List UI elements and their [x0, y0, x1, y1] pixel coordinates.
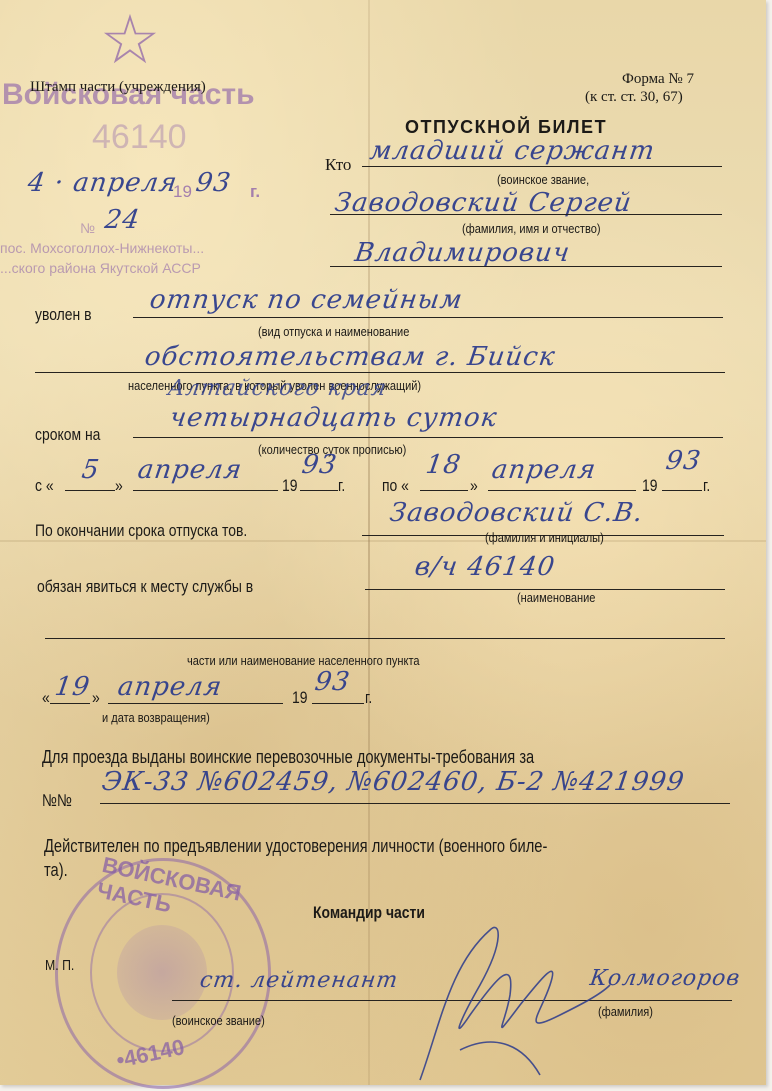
leave-type-value: отпуск по семейным: [148, 285, 465, 315]
report-to-value: в/ч 46140: [413, 552, 557, 582]
validity-line2: та).: [44, 860, 68, 881]
period-from-g: г.: [338, 476, 345, 496]
period-to-year-underline: [662, 490, 702, 491]
rank-caption: (воинское звание,: [497, 172, 589, 187]
stamp-number-handwritten: 24: [103, 205, 142, 235]
return-month-underline: [108, 703, 283, 704]
period-to-day-underline: [420, 490, 468, 491]
rank-value: младший сержант: [368, 136, 657, 166]
comrade-label: По окончании срока отпуска тов.: [35, 521, 247, 541]
return-caption: и дата возвращения): [102, 710, 210, 725]
return-month: апреля: [116, 672, 224, 702]
patronymic-value: Владимирович: [353, 238, 572, 268]
return-year: 93: [313, 667, 352, 697]
period-from-year-prefix: 19: [282, 476, 298, 496]
name-caption: (фамилия, имя и отчество): [462, 221, 601, 236]
term-label: сроком на: [35, 425, 100, 445]
return-year-underline: [312, 703, 364, 704]
commander-signature-icon: [400, 925, 620, 1085]
period-from-day: 5: [80, 455, 102, 485]
period-to-year-prefix: 19: [642, 476, 658, 496]
comrade-caption: (фамилия и инициалы): [485, 530, 604, 545]
report-to-label: обязан явиться к месту службы в: [37, 577, 253, 597]
stamp-location-line1: пос. Мохсоголлох-Нижнекоты...: [0, 240, 204, 256]
stamp-year-handwritten: 93: [194, 168, 233, 198]
stamp-number-label: №: [80, 220, 95, 236]
rank-underline: [362, 166, 722, 167]
travel-docs-numbers-label: №№: [42, 791, 72, 811]
term-value: четырнадцать суток: [168, 403, 500, 433]
period-from-label: с «: [35, 476, 54, 496]
term-underline: [133, 437, 723, 438]
leave-destination-underline: [35, 372, 725, 373]
period-from-month: апреля: [136, 455, 244, 485]
period-to-close-quote: »: [470, 476, 478, 496]
return-close-quote: »: [92, 688, 100, 708]
comrade-value: Заводовский С.В.: [388, 498, 645, 528]
mp-label: М. П.: [45, 957, 74, 974]
period-from-month-underline: [133, 490, 278, 491]
return-day: 19: [53, 672, 92, 702]
rank-caption-bottom: (воинское звание): [172, 1013, 265, 1028]
commander-rank-value: ст. лейтенант: [198, 968, 400, 993]
commander-label: Командир части: [313, 903, 425, 923]
validity-line1: Действителен по предъявлении удостоверен…: [44, 836, 547, 857]
patronymic-underline: [330, 266, 722, 267]
star-stamp-icon: ☆: [95, 5, 165, 75]
leave-ticket-document: ☆ Войсковая часть Штамп части (учреждени…: [0, 0, 766, 1085]
leave-type-caption: (вид отпуска и наименование: [258, 324, 409, 339]
leave-type-underline: [133, 317, 723, 318]
document-title: ОТПУСКНОЙ БИЛЕТ: [405, 117, 607, 138]
stamp-date-handwritten: 4 · апреля: [26, 168, 180, 198]
return-day-underline: [50, 703, 90, 704]
leave-destination-value: обстоятельствам г. Бийск: [143, 342, 558, 372]
unit-stamp-number: 46140: [92, 118, 187, 157]
period-to-g: г.: [703, 476, 710, 496]
leave-region-value: Алтайского края: [166, 376, 388, 401]
travel-docs-numbers-value: ЭК-33 №602459, №602460, Б-2 №421999: [100, 767, 687, 797]
return-year-prefix: 19: [292, 688, 308, 708]
report-to-underline-2: [45, 638, 725, 639]
stamp-location-line2: ...ского района Якутской АССР: [0, 260, 201, 276]
period-to-label: по «: [382, 476, 409, 496]
travel-docs-underline: [100, 803, 730, 804]
leave-type-label: уволен в: [35, 305, 92, 325]
report-to-caption: (наименование: [517, 590, 595, 605]
period-from-year-underline: [300, 490, 338, 491]
ussr-emblem-icon: [117, 925, 207, 1020]
return-g: г.: [365, 688, 372, 708]
period-from-day-underline: [65, 490, 115, 491]
who-label: Кто: [325, 155, 351, 175]
travel-docs-text: Для проезда выданы воинские перевозочные…: [42, 747, 534, 768]
form-number: Форма № 7: [622, 71, 694, 88]
period-to-month-underline: [488, 490, 636, 491]
period-to-day: 18: [424, 450, 463, 480]
stamp-year-prefix: 19: [173, 182, 192, 202]
period-from-close-quote: »: [115, 476, 123, 496]
period-to-year: 93: [664, 446, 703, 476]
name-underline: [330, 214, 722, 215]
period-to-month: апреля: [490, 455, 598, 485]
form-reference: (к ст. ст. 30, 67): [585, 89, 683, 106]
report-to-caption-2: части или наименование населенного пункт…: [187, 653, 420, 668]
return-open-quote: «: [42, 688, 50, 708]
period-from-year: 93: [300, 450, 339, 480]
stamp-label: Штамп части (учреждения): [30, 79, 206, 96]
stamp-year-g: г.: [250, 182, 260, 202]
